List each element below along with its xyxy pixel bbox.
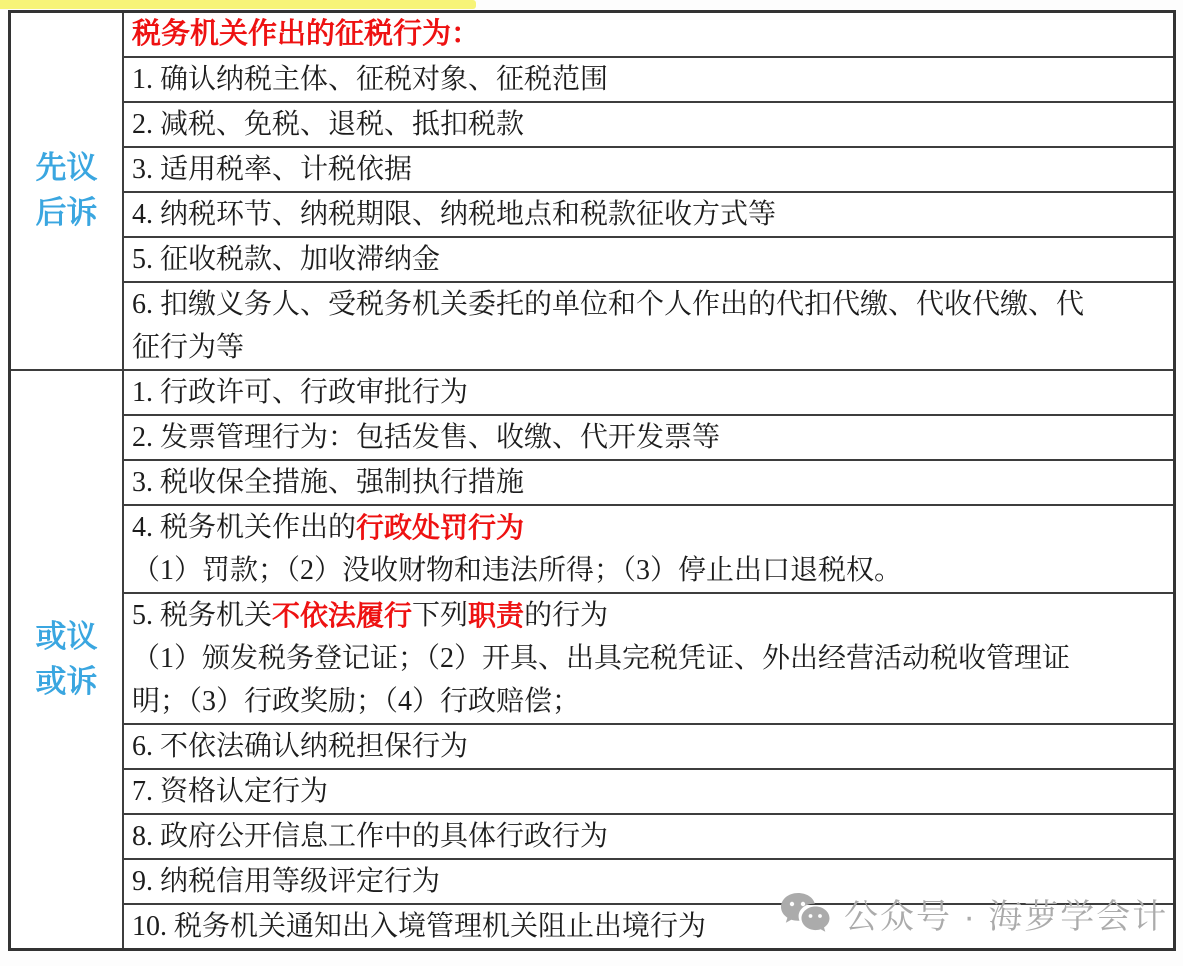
row-text: 征行为等: [132, 332, 244, 363]
table-row: 税务机关作出的征税行为：: [124, 13, 1173, 58]
wechat-icon: [778, 891, 830, 935]
table-row: 5. 征收税款、加收滞纳金: [124, 238, 1173, 283]
row-line: 明；（3）行政奖励；（4）行政赔偿；: [132, 680, 1165, 723]
table-row: 6. 不依法确认纳税担保行为: [124, 725, 1173, 770]
table-row: 8. 政府公开信息工作中的具体行政行为: [124, 815, 1173, 860]
row-text: 4. 税务机关作出的: [132, 512, 356, 543]
table-row: 5. 税务机关不依法履行下列职责的行为（1）颁发税务登记证；（2）开具、出具完税…: [124, 594, 1173, 725]
row-line: 税务机关作出的征税行为：: [132, 13, 1165, 56]
highlighted-text: 职责: [468, 600, 524, 631]
row-text: 8. 政府公开信息工作中的具体行政行为: [132, 821, 608, 852]
row-text: 10. 税务机关通知出入境管理机关阻止出境行为: [132, 911, 706, 942]
row-text: 2. 发票管理行为：包括发售、收缴、代开发票等: [132, 422, 720, 453]
row-text: 2. 减税、免税、退税、抵扣税款: [132, 109, 524, 140]
table-row: 1. 确认纳税主体、征税对象、征税范围: [124, 58, 1173, 103]
section-rows: 1. 行政许可、行政审批行为2. 发票管理行为：包括发售、收缴、代开发票等3. …: [124, 371, 1173, 948]
row-text: 6. 扣缴义务人、受税务机关委托的单位和个人作出的代扣代缴、代收代缴、代: [132, 289, 1084, 320]
row-line: 1. 行政许可、行政审批行为: [132, 371, 1165, 414]
section-label-line: 或议: [36, 615, 98, 660]
watermark: 公众号 · 海萝学会计: [778, 888, 1168, 938]
row-text: 的行为: [524, 600, 608, 631]
row-line: （1）颁发税务登记证；（2）开具、出具完税凭证、外出经营活动税收管理证: [132, 637, 1165, 680]
row-text: （1）颁发税务登记证；（2）开具、出具完税凭证、外出经营活动税收管理证: [132, 643, 1070, 674]
row-text: 5. 税务机关: [132, 600, 272, 631]
row-text: 1. 确认纳税主体、征税对象、征税范围: [132, 64, 608, 95]
tax-review-table: 先议后诉税务机关作出的征税行为：1. 确认纳税主体、征税对象、征税范围2. 减税…: [8, 10, 1176, 951]
row-line: 4. 税务机关作出的行政处罚行为: [132, 506, 1165, 549]
highlighted-text: 行政处罚行为: [356, 512, 524, 543]
row-text: 下列: [412, 600, 468, 631]
section-label: 或议或诉: [11, 371, 124, 948]
row-text: 明；（3）行政奖励；（4）行政赔偿；: [132, 686, 580, 717]
table-section-2: 或议或诉1. 行政许可、行政审批行为2. 发票管理行为：包括发售、收缴、代开发票…: [11, 371, 1173, 948]
table-row: 2. 发票管理行为：包括发售、收缴、代开发票等: [124, 416, 1173, 461]
row-line: 5. 税务机关不依法履行下列职责的行为: [132, 594, 1165, 637]
section-label-line: 或诉: [36, 660, 98, 705]
row-line: 征行为等: [132, 326, 1165, 369]
table-row: 3. 适用税率、计税依据: [124, 148, 1173, 193]
section-label: 先议后诉: [11, 13, 124, 369]
table-row: 1. 行政许可、行政审批行为: [124, 371, 1173, 416]
row-line: （1）罚款；（2）没收财物和违法所得；（3）停止出口退税权。: [132, 549, 1165, 592]
highlighted-text: 不依法履行: [272, 600, 412, 631]
row-text: 9. 纳税信用等级评定行为: [132, 866, 440, 897]
section-label-line: 先议: [36, 146, 98, 191]
watermark-text: 公众号 · 海萝学会计: [844, 889, 1168, 938]
table-row: 3. 税收保全措施、强制执行措施: [124, 461, 1173, 506]
row-line: 4. 纳税环节、纳税期限、纳税地点和税款征收方式等: [132, 193, 1165, 236]
row-text: 3. 适用税率、计税依据: [132, 154, 412, 185]
table-row: 7. 资格认定行为: [124, 770, 1173, 815]
row-text: 6. 不依法确认纳税担保行为: [132, 731, 468, 762]
row-line: 6. 扣缴义务人、受税务机关委托的单位和个人作出的代扣代缴、代收代缴、代: [132, 283, 1165, 326]
highlighted-text: 税务机关作出的征税行为：: [132, 18, 480, 50]
row-line: 6. 不依法确认纳税担保行为: [132, 725, 1165, 768]
row-text: 1. 行政许可、行政审批行为: [132, 377, 468, 408]
row-text: 4. 纳税环节、纳税期限、纳税地点和税款征收方式等: [132, 199, 776, 230]
row-line: 7. 资格认定行为: [132, 770, 1165, 813]
section-rows: 税务机关作出的征税行为：1. 确认纳税主体、征税对象、征税范围2. 减税、免税、…: [124, 13, 1173, 369]
row-line: 3. 适用税率、计税依据: [132, 148, 1165, 191]
row-line: 1. 确认纳税主体、征税对象、征税范围: [132, 58, 1165, 101]
table-row: 4. 税务机关作出的行政处罚行为（1）罚款；（2）没收财物和违法所得；（3）停止…: [124, 506, 1173, 594]
section-label-line: 后诉: [36, 191, 98, 236]
table-section-1: 先议后诉税务机关作出的征税行为：1. 确认纳税主体、征税对象、征税范围2. 减税…: [11, 13, 1173, 371]
row-line: 5. 征收税款、加收滞纳金: [132, 238, 1165, 281]
row-line: 8. 政府公开信息工作中的具体行政行为: [132, 815, 1165, 858]
row-text: （1）罚款；（2）没收财物和违法所得；（3）停止出口退税权。: [132, 555, 902, 586]
row-text: 5. 征收税款、加收滞纳金: [132, 244, 440, 275]
row-line: 2. 减税、免税、退税、抵扣税款: [132, 103, 1165, 146]
row-text: 3. 税收保全措施、强制执行措施: [132, 467, 524, 498]
table-row: 2. 减税、免税、退税、抵扣税款: [124, 103, 1173, 148]
table-row: 4. 纳税环节、纳税期限、纳税地点和税款征收方式等: [124, 193, 1173, 238]
row-text: 7. 资格认定行为: [132, 776, 328, 807]
table-row: 6. 扣缴义务人、受税务机关委托的单位和个人作出的代扣代缴、代收代缴、代征行为等: [124, 283, 1173, 369]
yellow-highlight: [0, 0, 476, 9]
row-line: 2. 发票管理行为：包括发售、收缴、代开发票等: [132, 416, 1165, 459]
row-line: 3. 税收保全措施、强制执行措施: [132, 461, 1165, 504]
